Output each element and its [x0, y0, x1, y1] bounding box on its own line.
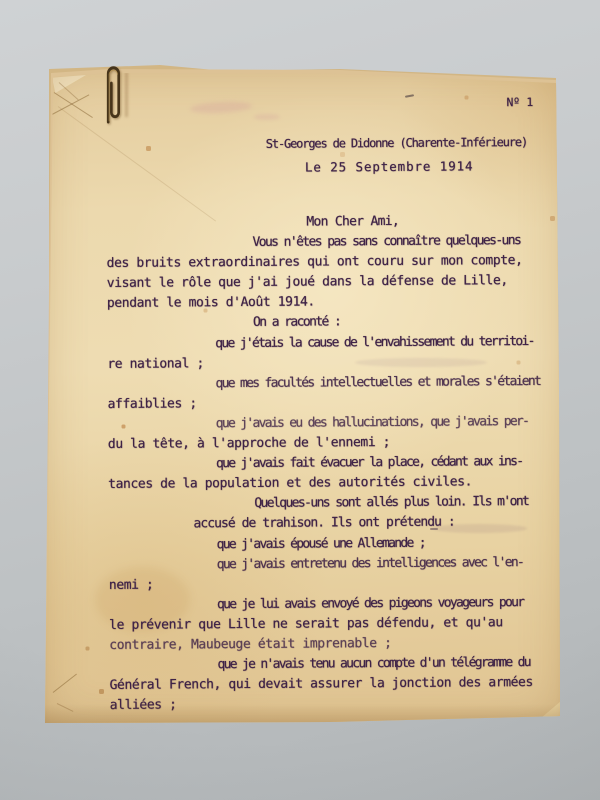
paperclip-icon — [104, 63, 123, 124]
letter-line: Quelques-uns sont allés plus loin. Ils m… — [40, 492, 566, 516]
letter-place-line: St-Georges de Didonne (Charente-Inférieu… — [266, 135, 527, 151]
paper-freckles — [40, 62, 41, 63]
letter-page: Nº 1 St-Georges de Didonne (Charente-Inf… — [40, 62, 566, 730]
letter-body: Mon Cher Ami, Vous n'êtes pas sans conna… — [38, 211, 567, 717]
letter-line: visant le rôle que j'ai joué dans la déf… — [39, 271, 565, 295]
letter-line: Général French, qui devait assurer la jo… — [41, 673, 567, 697]
letter-date-line: Le 25 Septembre 1914 — [305, 158, 474, 174]
page-number: Nº 1 — [506, 95, 533, 109]
letter-line: que mes facultés intellectuelles et mora… — [39, 371, 565, 395]
letter-line: que j'avais fait évacuer la place, cédan… — [40, 452, 566, 476]
letter-line: que j'avais eu des hallucinations, que j… — [40, 412, 566, 436]
typewritten-text-layer: Nº 1 St-Georges de Didonne (Charente-Inf… — [37, 59, 568, 731]
letter-line: que j'étais la cause de l'envahissement … — [39, 331, 565, 355]
photo-of-typewritten-letter: { "scene": { "description": "Photograph … — [0, 0, 600, 800]
letter-line: que j'avais entretenu des intelligences … — [41, 552, 567, 576]
letter-line: alliées ; — [42, 693, 568, 717]
letter-line: contraire, Maubeuge était imprenable ; — [41, 633, 567, 657]
